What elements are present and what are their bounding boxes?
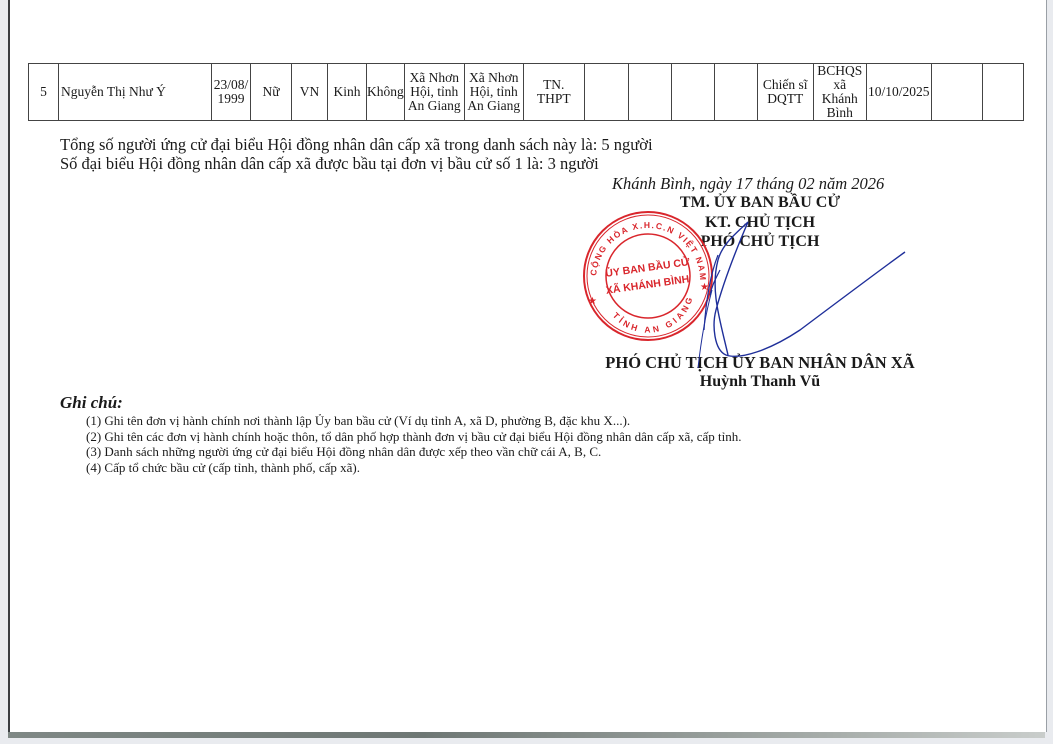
- cell-nationality: VN: [292, 64, 328, 121]
- cell-empty: [628, 64, 671, 121]
- cell-workplace: BCHQSxã KhánhBình: [813, 64, 866, 121]
- summary: Tổng số người ứng cử đại biểu Hội đồng n…: [60, 135, 653, 173]
- notes-title: Ghi chú:: [60, 393, 741, 413]
- candidate-table: 5 Nguyễn Thị Như Ý 23/08/1999 Nữ VN Kinh…: [28, 63, 1024, 121]
- text-line: THPT: [537, 91, 571, 106]
- cell-birthplace: Xã NhơnHội, tỉnhAn Giang: [404, 64, 464, 121]
- text-line: Chiến sĩ: [763, 77, 808, 92]
- cell-occupation: Chiến sĩDQTT: [757, 64, 813, 121]
- note-item: (1) Ghi tên đơn vị hành chính nơi thành …: [86, 413, 741, 429]
- text-line: Xã Nhơn: [469, 70, 519, 85]
- note-item: (3) Danh sách những người ứng cử đại biể…: [86, 444, 741, 460]
- text-line: Xã Nhơn: [409, 70, 459, 85]
- cell-religion: Không: [367, 64, 405, 121]
- dob-line: 1999: [218, 91, 245, 106]
- summary-total-candidates: Tổng số người ứng cử đại biểu Hội đồng n…: [60, 135, 653, 154]
- text-line: DQTT: [767, 91, 803, 106]
- svg-text:★: ★: [588, 296, 597, 307]
- note-item: (4) Cấp tổ chức bầu cử (cấp tỉnh, thành …: [86, 460, 741, 476]
- summary-seats: Số đại biểu Hội đồng nhân dân cấp xã đượ…: [60, 154, 653, 173]
- cell-gender: Nữ: [251, 64, 292, 121]
- page-bottom-edge: [8, 732, 1045, 738]
- cell-party-date: 10/10/2025: [866, 64, 931, 121]
- note-item: (2) Ghi tên các đơn vị hành chính hoặc t…: [86, 429, 741, 445]
- text-line: An Giang: [408, 98, 461, 113]
- cell-empty: [982, 64, 1023, 121]
- text-line: An Giang: [467, 98, 520, 113]
- text-line: TN.: [543, 77, 564, 92]
- cell-dob: 23/08/1999: [212, 64, 251, 121]
- text-line: Bình: [827, 105, 853, 120]
- cell-education: TN.THPT: [523, 64, 584, 121]
- handwritten-signature-icon: [690, 200, 920, 370]
- date-line: Khánh Bình, ngày 17 tháng 02 năm 2026: [612, 174, 884, 194]
- cell-stt: 5: [29, 64, 59, 121]
- cell-empty: [671, 64, 714, 121]
- cell-ethnicity: Kinh: [328, 64, 367, 121]
- text-line: xã Khánh: [822, 77, 858, 106]
- cell-empty: [931, 64, 982, 121]
- cell-name: Nguyễn Thị Như Ý: [59, 64, 212, 121]
- cell-residence: Xã NhơnHội, tỉnhAn Giang: [464, 64, 523, 121]
- cell-empty: [714, 64, 757, 121]
- notes-section: Ghi chú: (1) Ghi tên đơn vị hành chính n…: [60, 393, 741, 475]
- notes-list: (1) Ghi tên đơn vị hành chính nơi thành …: [60, 413, 741, 475]
- cell-empty: [584, 64, 628, 121]
- table-row: 5 Nguyễn Thị Như Ý 23/08/1999 Nữ VN Kinh…: [29, 64, 1024, 121]
- text-line: Hội, tỉnh: [410, 84, 458, 99]
- text-line: BCHQS: [817, 64, 862, 79]
- text-line: Hội, tỉnh: [470, 84, 518, 99]
- signer-name: Huỳnh Thanh Vũ: [560, 373, 960, 391]
- dob-line: 23/08/: [214, 77, 249, 92]
